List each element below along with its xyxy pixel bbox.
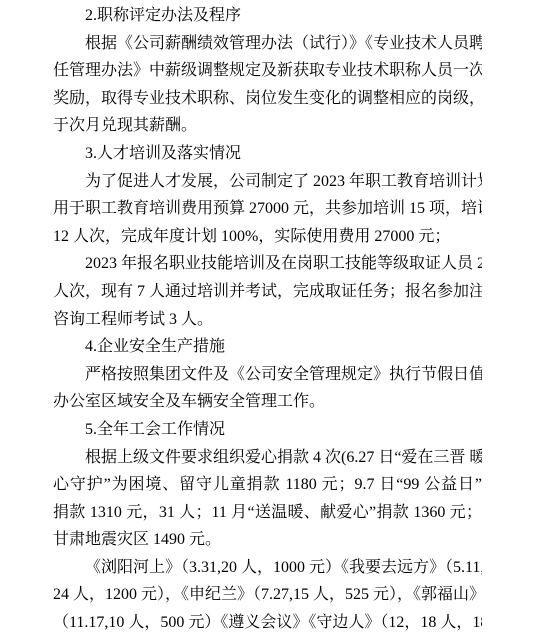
paragraph-line: 人次，现有 7 人通过培训并考试，完成取证任务；报名参加注册 (53, 278, 482, 306)
paragraph-line: 严格按照集团文件及《公司安全管理规定》执行节假日值班、 (53, 361, 482, 389)
paragraph-line: 《浏阳河上》（3.31,20 人，1000 元）《我要去远方》（5.11, (53, 554, 482, 582)
paragraph-line: 根据《公司薪酬绩效管理办法（试行）》《专业技术人员聘 (53, 30, 482, 58)
paragraph-line: 奖励，取得专业技术职称、岗位发生变化的调整相应的岗级，并 (53, 85, 482, 113)
paragraph-line: 咨询工程师考试 3 人。 (53, 306, 482, 334)
paragraph-line: 甘肃地震灾区 1490 元。 (53, 526, 482, 554)
section-heading-4: 4.企业安全生产措施 (53, 333, 482, 361)
paragraph-line: 根据上级文件要求组织爱心捐款 4 次(6.27 日“爱在三晋 暖 (53, 444, 482, 472)
paragraph-line: 于次月兑现其薪酬。 (53, 112, 482, 140)
paragraph-line: （11.17,10 人，500 元）《遵义会议》《守边人》（12，18 人，18… (53, 609, 482, 633)
paragraph-line: 任管理办法》中薪级调整规定及新获取专业技术职称人员一次性 (53, 57, 482, 85)
section-heading-5: 5.全年工会工作情况 (53, 416, 482, 444)
paragraph-line: 2023 年报名职业技能培训及在岗职工技能等级取证人员 21 (53, 250, 482, 278)
section-heading-2: 2.职称评定办法及程序 (53, 2, 482, 30)
paragraph-line: 12 人次，完成年度计划 100%，实际使用费用 27000 元； (53, 223, 482, 251)
paragraph-line: 24 人，1200 元），《申纪兰》（7.27,15 人，525 元），《郭福山… (53, 581, 482, 609)
paragraph-line: 捐款 1310 元，31 人；11 月“送温暖、献爱心”捐款 1360 元； (53, 499, 482, 527)
document-page: 2.职称评定办法及程序 根据《公司薪酬绩效管理办法（试行）》《专业技术人员聘 任… (0, 0, 534, 633)
paragraph-line: 办公室区域安全及车辆安全管理工作。 (53, 388, 482, 416)
paragraph-line: 心守护”为困境、留守儿童捐款 1180 元；9.7 日“99 公益日” (53, 471, 482, 499)
paragraph-line: 为了促进人才发展，公司制定了 2023 年职工教育培训计划， (53, 168, 482, 196)
paragraph-line: 用于职工教育培训费用预算 27000 元，共参加培训 15 项，培训 (53, 195, 482, 223)
section-heading-3: 3.人才培训及落实情况 (53, 140, 482, 168)
